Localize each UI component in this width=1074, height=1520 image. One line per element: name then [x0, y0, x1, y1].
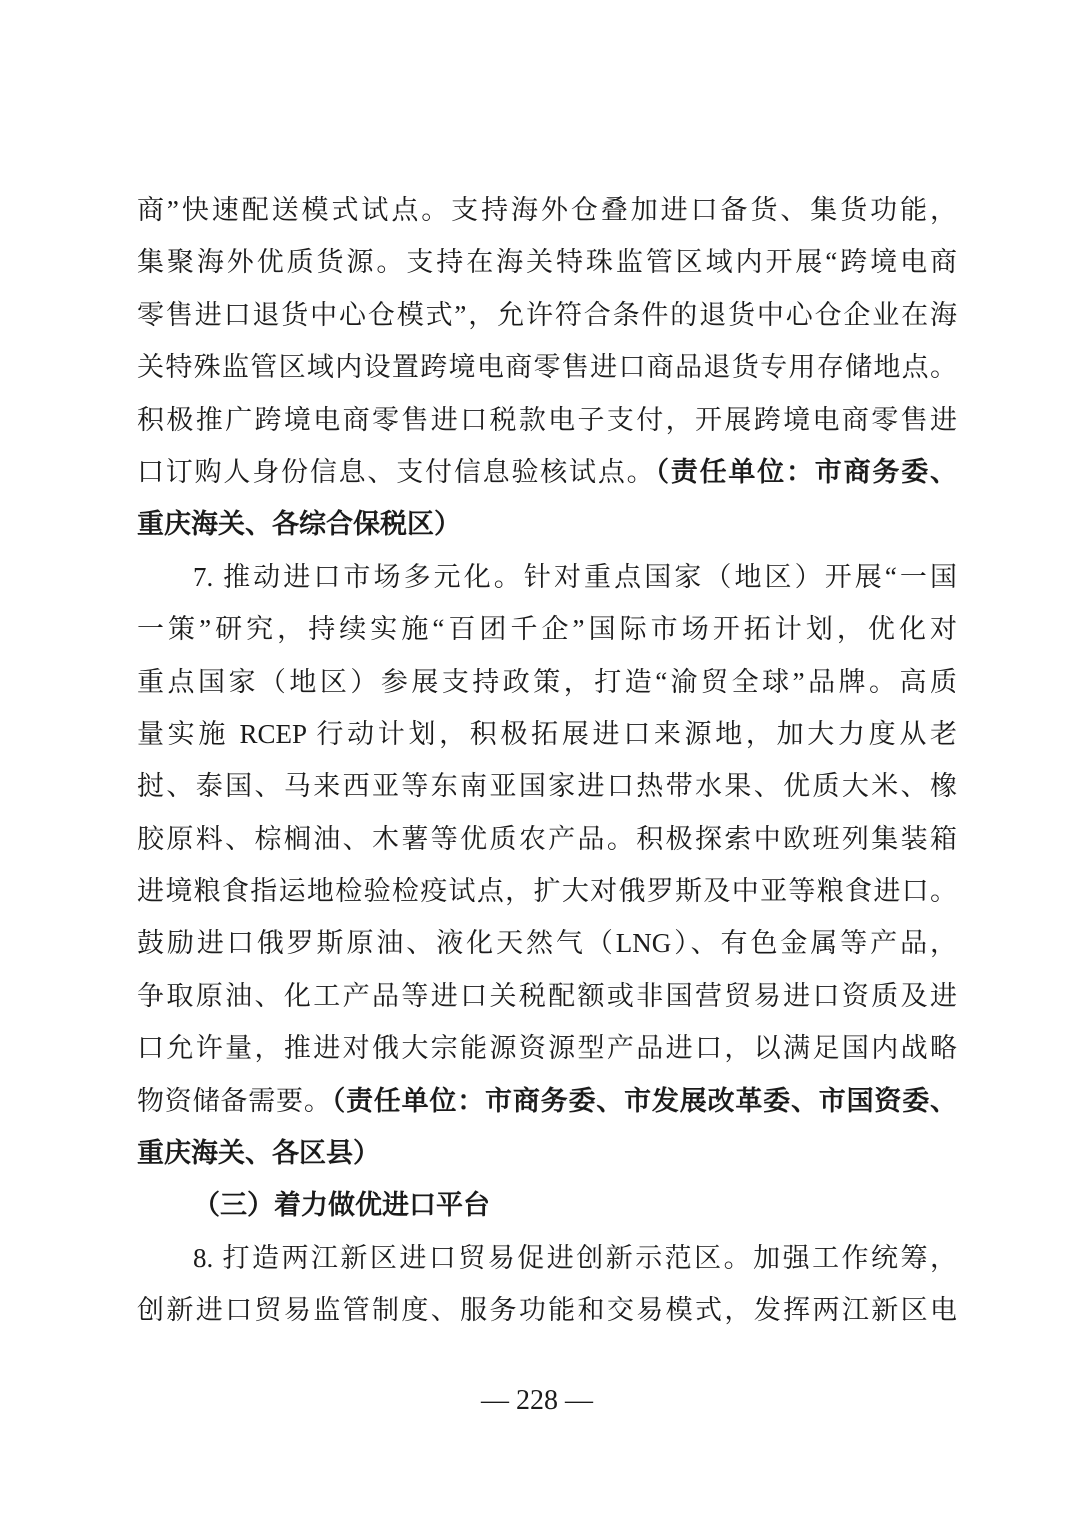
paragraph-text: 口订购人身份信息、支付信息验核试点。 [137, 457, 655, 487]
paragraph-text: 胶原料、棕榈油、木薯等优质农产品。积极探索中欧班列集装箱 [137, 824, 957, 854]
paragraph-text: 8. 打造两江新区进口贸易促进创新示范区。加强工作统筹， [193, 1243, 957, 1273]
paragraph-text: 关特殊监管区域内设置跨境电商零售进口商品退货专用存储地点。 [137, 352, 957, 382]
paragraph-text: 商”快速配送模式试点。支持海外仓叠加进口备货、集货功能， [137, 195, 957, 225]
text-line: 量实施 RCEP 行动计划，积极拓展进口来源地，加大力度从老 [137, 708, 957, 760]
text-line: 胶原料、棕榈油、木薯等优质农产品。积极探索中欧班列集装箱 [137, 813, 957, 865]
responsibility-note: 重庆海关、各综合保税区） [137, 509, 461, 539]
text-line: 一策”研究，持续实施“百团千企”国际市场开拓计划，优化对 [137, 603, 957, 655]
paragraph-text: 7. 推动进口市场多元化。针对重点国家（地区）开展“一国 [193, 562, 957, 592]
document-body: 商”快速配送模式试点。支持海外仓叠加进口备货、集货功能， 集聚海外优质货源。支持… [137, 184, 957, 1337]
text-line: 重庆海关、各综合保税区） [137, 498, 957, 550]
page-number: — 228 — [0, 1381, 1074, 1421]
text-line: 重庆海关、各区县） [137, 1127, 957, 1179]
paragraph-text: 集聚海外优质货源。支持在海关特珠监管区域内开展“跨境电商 [137, 247, 957, 277]
document-page: 商”快速配送模式试点。支持海外仓叠加进口备货、集货功能， 集聚海外优质货源。支持… [0, 0, 1074, 1520]
text-line: 鼓励进口俄罗斯原油、液化天然气（LNG）、有色金属等产品， [137, 917, 957, 969]
paragraph-text: 口允许量，推进对俄大宗能源资源型产品进口，以满足国内战略 [137, 1033, 957, 1063]
text-line: 8. 打造两江新区进口贸易促进创新示范区。加强工作统筹， [137, 1232, 957, 1284]
text-line: 创新进口贸易监管制度、服务功能和交易模式，发挥两江新区电 [137, 1284, 957, 1336]
responsibility-note: 重庆海关、各区县） [137, 1138, 380, 1168]
text-line: 积极推广跨境电商零售进口税款电子支付，开展跨境电商零售进 [137, 394, 957, 446]
text-line: 争取原油、化工产品等进口关税配额或非国营贸易进口资质及进 [137, 970, 957, 1022]
paragraph-text: 零售进口退货中心仓模式”，允许符合条件的退货中心仓企业在海 [137, 300, 957, 330]
text-line: 重点国家（地区）参展支持政策，打造“渝贸全球”品牌。高质 [137, 656, 957, 708]
text-line: 集聚海外优质货源。支持在海关特珠监管区域内开展“跨境电商 [137, 236, 957, 288]
paragraph-text: 物资储备需要。 [137, 1086, 332, 1116]
paragraph-text: 争取原油、化工产品等进口关税配额或非国营贸易进口资质及进 [137, 981, 957, 1011]
paragraph-text: 鼓励进口俄罗斯原油、液化天然气（LNG）、有色金属等产品， [137, 928, 957, 958]
paragraph-text: 创新进口贸易监管制度、服务功能和交易模式，发挥两江新区电 [137, 1295, 957, 1325]
text-line: 口允许量，推进对俄大宗能源资源型产品进口，以满足国内战略 [137, 1022, 957, 1074]
text-line: 关特殊监管区域内设置跨境电商零售进口商品退货专用存储地点。 [137, 341, 957, 393]
paragraph-text: 挝、泰国、马来西亚等东南亚国家进口热带水果、优质大米、橡 [137, 771, 957, 801]
paragraph-text: 进境粮食指运地检验检疫试点，扩大对俄罗斯及中亚等粮食进口。 [137, 876, 957, 906]
paragraph-text: 重点国家（地区）参展支持政策，打造“渝贸全球”品牌。高质 [137, 667, 957, 697]
text-line: 物资储备需要。（责任单位：市商务委、市发展改革委、市国资委、 [137, 1075, 957, 1127]
paragraph-text: 量实施 RCEP 行动计划，积极拓展进口来源地，加大力度从老 [137, 719, 957, 749]
text-line: 商”快速配送模式试点。支持海外仓叠加进口备货、集货功能， [137, 184, 957, 236]
text-line: 零售进口退货中心仓模式”，允许符合条件的退货中心仓企业在海 [137, 289, 957, 341]
responsibility-note: （责任单位：市商务委、市发展改革委、市国资委、 [332, 1086, 957, 1116]
text-line: 口订购人身份信息、支付信息验核试点。（责任单位：市商务委、 [137, 446, 957, 498]
paragraph-text: 积极推广跨境电商零售进口税款电子支付，开展跨境电商零售进 [137, 405, 957, 435]
text-line: 挝、泰国、马来西亚等东南亚国家进口热带水果、优质大米、橡 [137, 760, 957, 812]
paragraph-text: 一策”研究，持续实施“百团千企”国际市场开拓计划，优化对 [137, 614, 957, 644]
section-heading: （三）着力做优进口平台 [193, 1190, 490, 1220]
text-line: （三）着力做优进口平台 [137, 1179, 957, 1231]
text-line: 7. 推动进口市场多元化。针对重点国家（地区）开展“一国 [137, 551, 957, 603]
text-line: 进境粮食指运地检验检疫试点，扩大对俄罗斯及中亚等粮食进口。 [137, 865, 957, 917]
responsibility-note: （责任单位：市商务委、 [655, 457, 957, 487]
